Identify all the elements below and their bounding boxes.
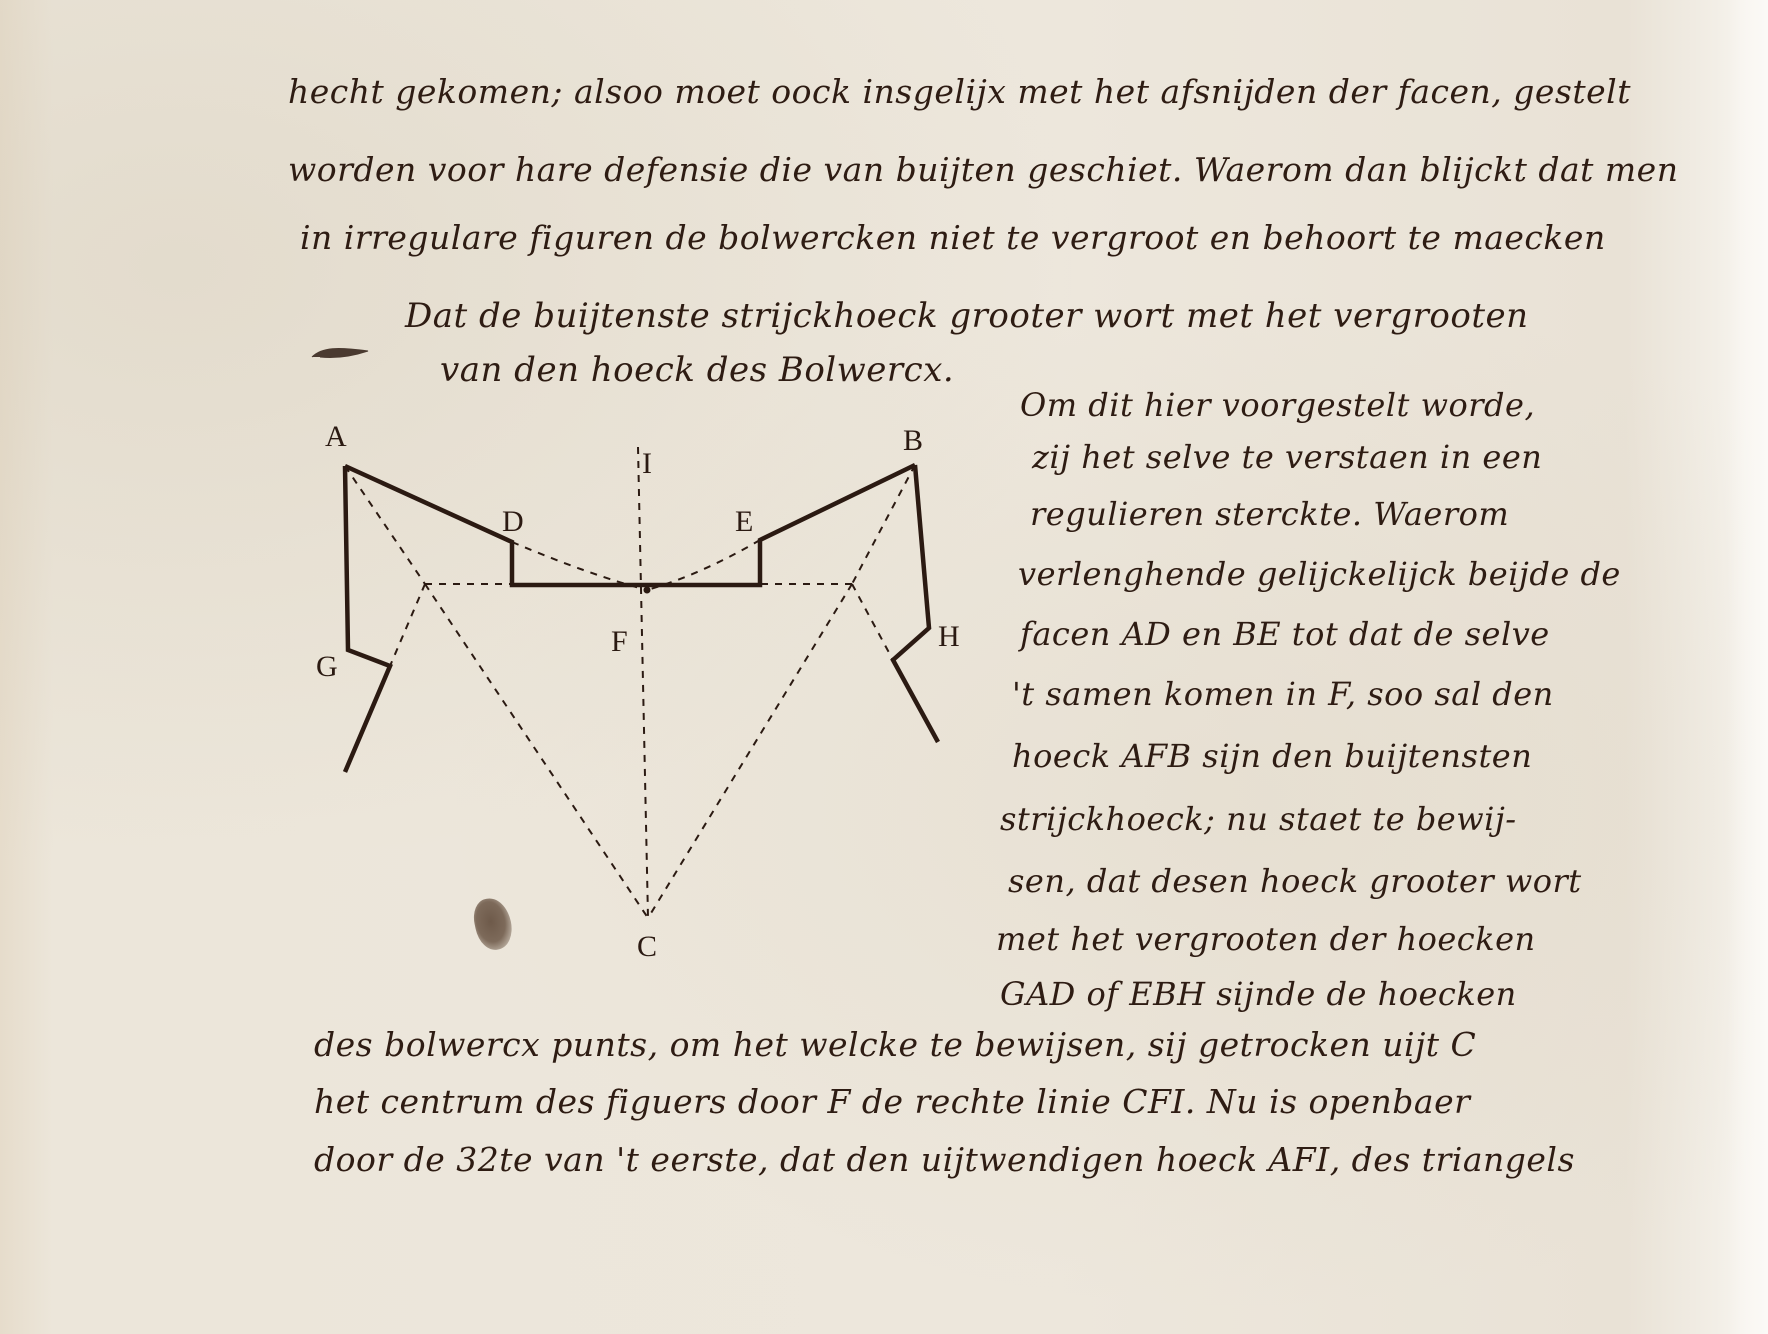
point-F-dot [644, 587, 651, 594]
label-F: F [611, 625, 628, 659]
left-flank [345, 466, 390, 772]
bastion-diagram [0, 0, 1768, 1334]
right-flank [893, 465, 938, 742]
label-D: D [502, 505, 524, 539]
page-edge [1728, 0, 1768, 1334]
dashed-line-shoulder-C-right [648, 584, 852, 918]
label-B: B [903, 424, 923, 458]
dashed-line-shoulder-G [390, 584, 425, 666]
label-G: G [316, 650, 338, 684]
label-I: I [642, 447, 652, 481]
dashed-line-shoulder-H [852, 584, 893, 660]
dashed-line-I-C [638, 447, 648, 918]
label-H: H [938, 620, 960, 654]
dashed-line-B-shoulder [852, 465, 915, 584]
label-A: A [325, 420, 347, 454]
dashed-line-E-F [647, 540, 760, 590]
manuscript-page: hecht gekomen; alsoo moet oock insgelijx… [0, 0, 1768, 1334]
left-face-and-curtain [345, 465, 915, 585]
label-E: E [735, 505, 753, 539]
label-C: C [637, 930, 657, 964]
